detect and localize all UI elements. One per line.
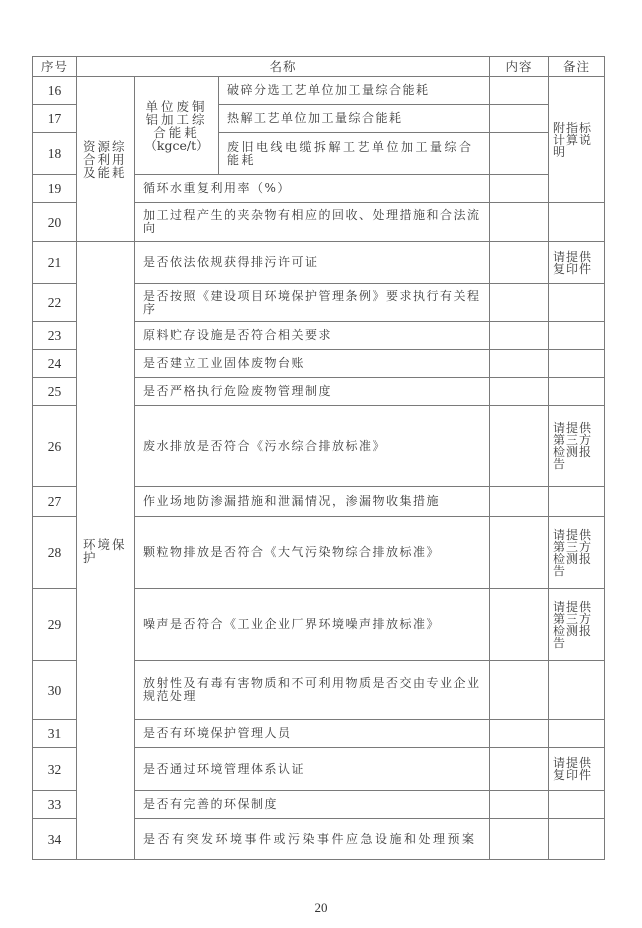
row-content[interactable]	[489, 321, 549, 350]
row-name: 循环水重复利用率（%）	[134, 174, 490, 203]
subcategory-energy-unit: （kgce/t）	[144, 138, 208, 153]
row-no: 19	[32, 174, 77, 203]
row-remark	[548, 283, 605, 322]
row-no: 22	[32, 283, 77, 322]
row-name: 噪声是否符合《工业企业厂界环境噪声排放标准》	[134, 588, 490, 661]
row-remark	[548, 719, 605, 748]
row-name: 废水排放是否符合《污水综合排放标准》	[134, 405, 490, 487]
row-content[interactable]	[489, 349, 549, 378]
row-name: 是否按照《建设项目环境保护管理条例》要求执行有关程序	[134, 283, 490, 322]
row-content[interactable]	[489, 719, 549, 748]
row-remark	[548, 202, 605, 242]
row-content[interactable]	[489, 76, 549, 105]
row-remark	[548, 321, 605, 350]
row-name: 是否有环境保护管理人员	[134, 719, 490, 748]
row-remark: 请提供第三方检测报告	[548, 405, 605, 487]
row-no: 25	[32, 377, 77, 406]
row-no: 17	[32, 104, 77, 133]
row-name: 是否通过环境管理体系认证	[134, 747, 490, 791]
row-content[interactable]	[489, 104, 549, 133]
row-no: 23	[32, 321, 77, 350]
row-remark	[548, 377, 605, 406]
row-no: 28	[32, 516, 77, 589]
row-content[interactable]	[489, 283, 549, 322]
row-content[interactable]	[489, 174, 549, 203]
row-content[interactable]	[489, 486, 549, 517]
row-content[interactable]	[489, 132, 549, 175]
row-name: 是否有完善的环保制度	[134, 790, 490, 819]
row-no: 32	[32, 747, 77, 791]
remark-merged-16-19: 附指标计算说明	[548, 76, 605, 203]
row-content[interactable]	[489, 588, 549, 661]
row-no: 27	[32, 486, 77, 517]
row-name: 废旧电线电缆拆解工艺单位加工量综合能耗	[218, 132, 490, 175]
row-name: 放射性及有毒有害物质和不可利用物质是否交由专业企业规范处理	[134, 660, 490, 720]
row-content[interactable]	[489, 790, 549, 819]
row-content[interactable]	[489, 405, 549, 487]
page-number: 20	[0, 900, 642, 916]
row-no: 16	[32, 76, 77, 105]
row-no: 18	[32, 132, 77, 175]
row-name: 是否严格执行危险废物管理制度	[134, 377, 490, 406]
subcategory-energy: 单位废铜铝加工综合能耗（kgce/t）	[134, 76, 219, 175]
row-name: 是否依法依规获得排污许可证	[134, 241, 490, 284]
row-name: 热解工艺单位加工量综合能耗	[218, 104, 490, 133]
row-name: 作业场地防渗漏措施和泄漏情况，渗漏物收集措施	[134, 486, 490, 517]
header-name: 名称	[76, 56, 490, 77]
row-name: 原料贮存设施是否符合相关要求	[134, 321, 490, 350]
row-no: 34	[32, 818, 77, 860]
row-no: 29	[32, 588, 77, 661]
row-remark	[548, 486, 605, 517]
row-content[interactable]	[489, 660, 549, 720]
row-no: 26	[32, 405, 77, 487]
row-content[interactable]	[489, 202, 549, 242]
row-name: 颗粒物排放是否符合《大气污染物综合排放标准》	[134, 516, 490, 589]
row-no: 24	[32, 349, 77, 378]
row-remark: 请提供第三方检测报告	[548, 588, 605, 661]
row-no: 20	[32, 202, 77, 242]
category-resource: 资源综合利用及能耗	[76, 76, 135, 242]
row-remark	[548, 818, 605, 860]
category-environment: 环境保护	[76, 241, 135, 860]
row-remark: 请提供复印件	[548, 241, 605, 284]
subcategory-energy-label: 单位废铜铝加工综合能耗	[145, 99, 207, 140]
row-remark	[548, 660, 605, 720]
row-name: 加工过程产生的夹杂物有相应的回收、处理措施和合法流向	[134, 202, 490, 242]
row-remark: 请提供复印件	[548, 747, 605, 791]
row-no: 33	[32, 790, 77, 819]
row-content[interactable]	[489, 241, 549, 284]
row-remark	[548, 790, 605, 819]
row-no: 21	[32, 241, 77, 284]
row-remark: 请提供第三方检测报告	[548, 516, 605, 589]
row-content[interactable]	[489, 516, 549, 589]
row-content[interactable]	[489, 747, 549, 791]
row-content[interactable]	[489, 818, 549, 860]
header-no: 序号	[32, 56, 77, 77]
row-remark	[548, 349, 605, 378]
header-remark: 备注	[548, 56, 605, 77]
row-no: 31	[32, 719, 77, 748]
header-content: 内容	[489, 56, 549, 77]
row-name: 是否建立工业固体废物台账	[134, 349, 490, 378]
row-no: 30	[32, 660, 77, 720]
row-name: 破碎分选工艺单位加工量综合能耗	[218, 76, 490, 105]
row-name: 是否有突发环境事件或污染事件应急设施和处理预案	[134, 818, 490, 860]
row-content[interactable]	[489, 377, 549, 406]
document-page: 序号 名称 内容 备注 资源综合利用及能耗 环境保护 单位废铜铝加工综合能耗（k…	[0, 0, 642, 928]
